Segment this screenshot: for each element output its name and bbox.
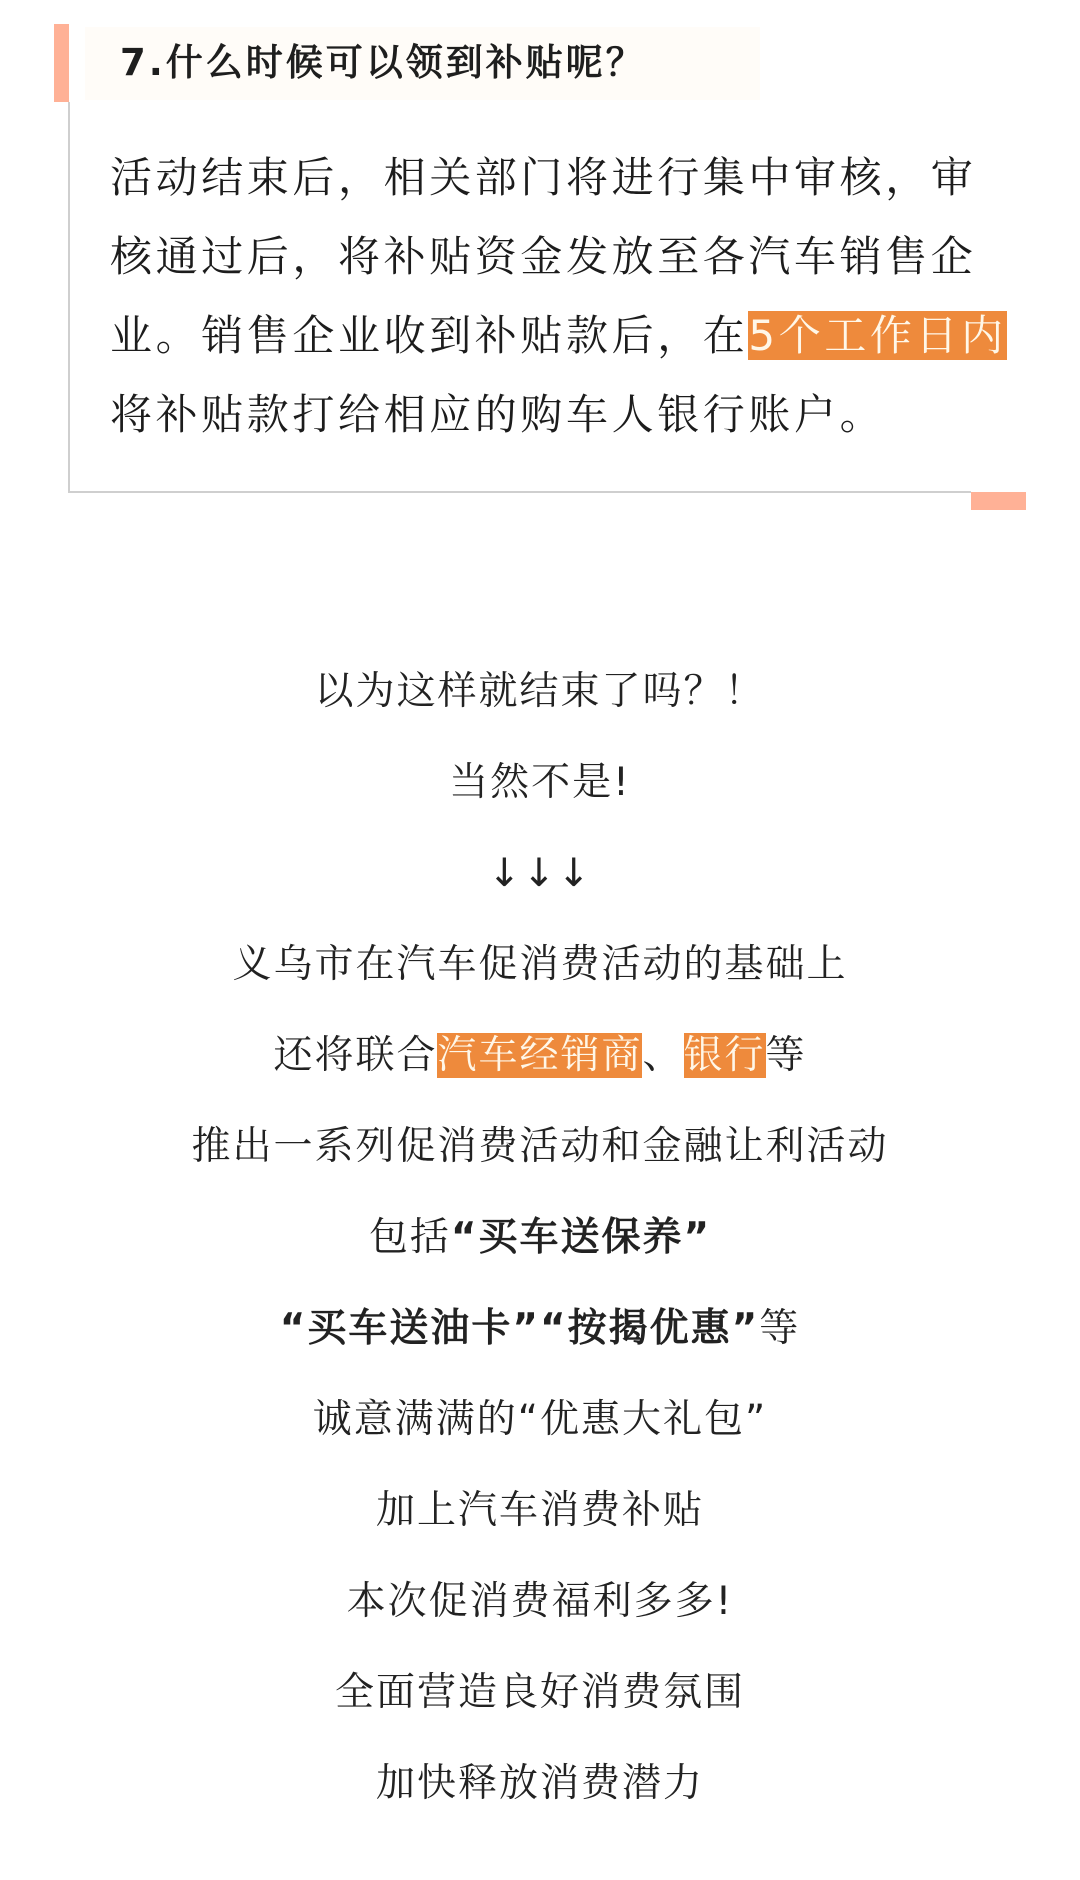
text-segment: ↓↓↓ xyxy=(488,851,592,896)
text-segment: 等 xyxy=(766,1033,807,1078)
text-segment: 业。销售企业收到补贴款后，在 xyxy=(110,311,748,360)
text-segment: 加上汽车消费补贴 xyxy=(376,1488,704,1533)
text-segment: 当然不是! xyxy=(449,760,631,805)
text-line: 包括“买车送保养” xyxy=(0,1192,1080,1283)
text-line: 本次促消费福利多多! xyxy=(0,1556,1080,1647)
text-line: 以为这样就结束了吗？！ xyxy=(0,646,1080,737)
text-segment: 义乌市在汽车促消费活动的基础上 xyxy=(232,942,847,987)
text-segment: 核通过后，将补贴资金发放至各汽车销售企 xyxy=(110,232,976,281)
faq-answer-paragraph: 活动结束后，相关部门将进行集中审核，审核通过后，将补贴资金发放至各汽车销售企业。… xyxy=(110,138,1000,454)
text-segment: 等 xyxy=(759,1306,800,1351)
text-line: 推出一系列促消费活动和金融让利活动 xyxy=(0,1101,1080,1192)
text-segment: 活动结束后，相关部门将进行集中审核，审 xyxy=(110,153,976,202)
highlighted-text: 5个工作日内 xyxy=(748,311,1006,360)
card-bottom-border xyxy=(68,491,971,493)
accent-bar-bottom-right xyxy=(971,492,1026,510)
text-line: 诚意满满的“优惠大礼包” xyxy=(0,1374,1080,1465)
text-segment: 全面营造良好消费氛围 xyxy=(335,1670,745,1715)
text-line: ↓↓↓ xyxy=(0,828,1080,919)
highlighted-text: 银行 xyxy=(684,1033,766,1078)
card-left-border xyxy=(68,102,70,493)
text-line: 活动结束后，相关部门将进行集中审核，审 xyxy=(110,138,1000,217)
text-segment: 推出一系列促消费活动和金融让利活动 xyxy=(191,1124,888,1169)
highlighted-text: 汽车经销商 xyxy=(437,1033,642,1078)
text-line: 全面营造良好消费氛围 xyxy=(0,1647,1080,1738)
text-segment: 、 xyxy=(642,1033,683,1078)
closing-centered-text: 以为这样就结束了吗？！当然不是!↓↓↓义乌市在汽车促消费活动的基础上还将联合汽车… xyxy=(0,646,1080,1829)
text-line: 业。销售企业收到补贴款后，在5个工作日内 xyxy=(110,296,1000,375)
text-segment: 以为这样就结束了吗？！ xyxy=(314,669,765,714)
text-line: 将补贴款打给相应的购车人银行账户。 xyxy=(110,375,1000,454)
text-line: 义乌市在汽车促消费活动的基础上 xyxy=(0,919,1080,1010)
text-line: 还将联合汽车经销商、银行等 xyxy=(0,1010,1080,1101)
text-line: 当然不是! xyxy=(0,737,1080,828)
faq-question-heading: 7.什么时候可以领到补贴呢？ xyxy=(120,38,646,88)
accent-bar-top-left xyxy=(54,24,69,102)
text-segment: 还将联合 xyxy=(273,1033,437,1078)
text-segment: 诚意满满的“优惠大礼包” xyxy=(313,1397,767,1442)
text-segment: 加快释放消费潜力 xyxy=(376,1761,704,1806)
text-segment: 包括 xyxy=(369,1215,451,1260)
text-line: 加快释放消费潜力 xyxy=(0,1738,1080,1829)
text-line: “买车送油卡”“按揭优惠”等 xyxy=(0,1283,1080,1374)
text-line: 加上汽车消费补贴 xyxy=(0,1465,1080,1556)
bold-text: “买车送油卡”“按揭优惠” xyxy=(280,1306,760,1351)
text-segment: 本次促消费福利多多! xyxy=(347,1579,734,1624)
text-line: 核通过后，将补贴资金发放至各汽车销售企 xyxy=(110,217,1000,296)
bold-text: “买车送保养” xyxy=(451,1215,711,1260)
text-segment: 将补贴款打给相应的购车人银行账户。 xyxy=(110,390,885,439)
